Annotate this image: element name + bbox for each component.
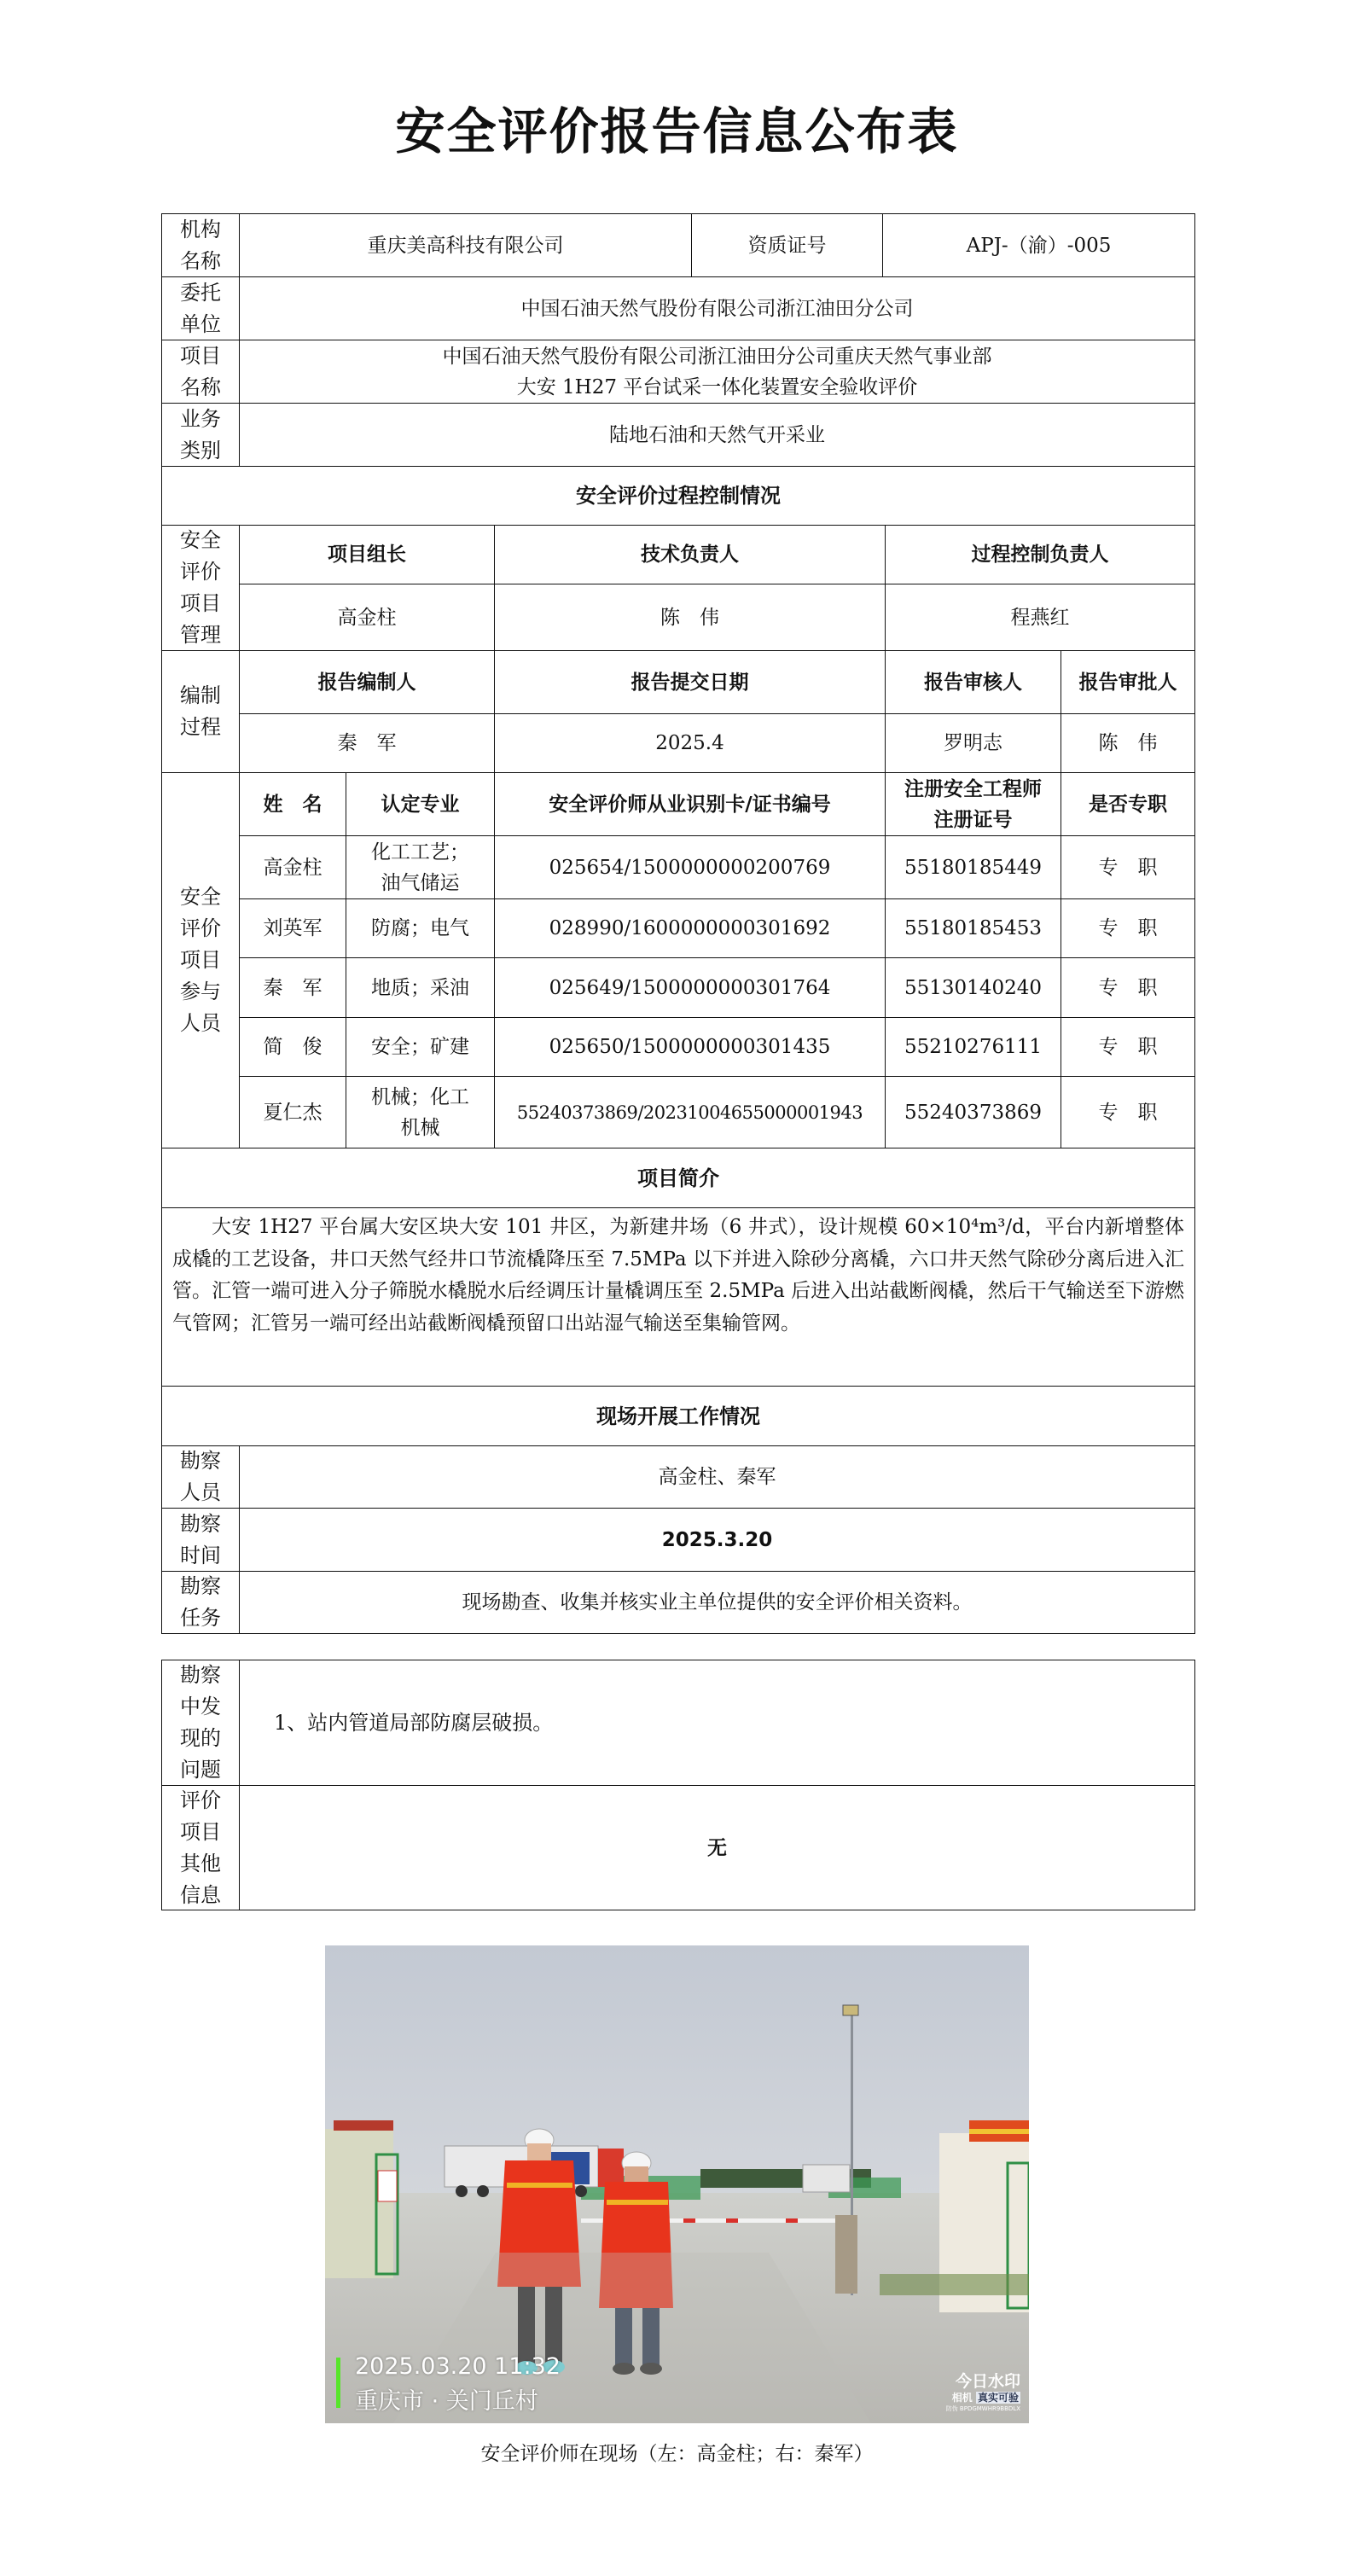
watermark-brand: 今日水印 相机 真实可验 防伪 BPDGMWHR9BBDLX — [946, 2372, 1020, 2413]
header-reg-no: 注册安全工程师注册证号 — [885, 772, 1061, 836]
table-row-specialty: 防腐；电气 — [346, 898, 495, 958]
project-intro-text: 大安 1H27 平台属大安区块大安 101 井区，为新建井场（6 井式），设计规… — [161, 1207, 1195, 1387]
org-name-label: 机构名称 — [161, 213, 240, 277]
value-process-lead: 程燕红 — [885, 584, 1195, 651]
photo-caption: 安全评价师在现场（左：高金柱；右：秦军） — [0, 2439, 1354, 2469]
other-info-value: 无 — [239, 1785, 1195, 1910]
table-row-cert: 025654/1500000000200769 — [494, 835, 886, 899]
table-row-name: 秦 军 — [239, 957, 346, 1018]
survey-task-value: 现场勘查、收集并核实业主单位提供的安全评价相关资料。 — [239, 1571, 1195, 1634]
table-row-name: 夏仁杰 — [239, 1076, 346, 1148]
header-reviewer: 报告审核人 — [885, 650, 1061, 714]
participants-label: 安全评价项目参与人员 — [161, 772, 240, 1148]
site-photo: 2025.03.20 11:32 重庆市 · 关门丘村 今日水印 相机 真实可验… — [325, 1945, 1029, 2423]
issues-label: 勘察中发现的问题 — [161, 1660, 240, 1786]
survey-time-value: 2025.3.20 — [239, 1508, 1195, 1572]
project-intro-heading: 项目简介 — [161, 1148, 1195, 1208]
table-row-cert: 028990/1600000000301692 — [494, 898, 886, 958]
value-tech-lead: 陈 伟 — [494, 584, 886, 651]
table-row-fulltime: 专 职 — [1061, 1076, 1195, 1148]
header-tech-lead: 技术负责人 — [494, 525, 886, 584]
watermark-accent-bar — [336, 2358, 340, 2408]
survey-task-label: 勘察任务 — [161, 1571, 240, 1634]
watermark-location: 重庆市 · 关门丘村 — [355, 2382, 538, 2416]
table-row-specialty: 安全；矿建 — [346, 1017, 495, 1077]
table-row-cert: 55240373869/20231004655000001943 — [494, 1076, 886, 1148]
project-name-line1: 中国石油天然气股份有限公司浙江油田分公司重庆天然气事业部 — [443, 341, 992, 372]
org-name-value: 重庆美高科技有限公司 — [239, 213, 692, 277]
watermark-camera-line: 相机 真实可验 — [946, 2391, 1020, 2404]
qualification-label: 资质证号 — [691, 213, 883, 277]
table-row-name: 刘英军 — [239, 898, 346, 958]
header-fulltime: 是否专职 — [1061, 772, 1195, 836]
watermark-code: 防伪 BPDGMWHR9BBDLX — [946, 2404, 1020, 2413]
table-row-name: 简 俊 — [239, 1017, 346, 1077]
client-label: 委托单位 — [161, 276, 240, 340]
verified-badge: 真实可验 — [976, 2392, 1020, 2404]
value-approver: 陈 伟 — [1061, 713, 1195, 773]
table-row-specialty: 机械；化工机械 — [346, 1076, 495, 1148]
value-compiler: 秦 军 — [239, 713, 495, 773]
qualification-value: APJ-（渝）-005 — [882, 213, 1195, 277]
value-submit-date: 2025.4 — [494, 713, 886, 773]
site-scene-illustration — [325, 1945, 1029, 2423]
watermark-brand-name: 今日水印 — [946, 2372, 1020, 2391]
table-row-specialty: 化工工艺；油气储运 — [346, 835, 495, 899]
project-name-line2: 大安 1H27 平台试采一体化装置安全验收评价 — [517, 372, 918, 403]
survey-personnel-value: 高金柱、秦军 — [239, 1445, 1195, 1509]
header-specialty: 认定专业 — [346, 772, 495, 836]
business-value: 陆地石油和天然气开采业 — [239, 403, 1195, 467]
table-row-fulltime: 专 职 — [1061, 835, 1195, 899]
survey-time-label: 勘察时间 — [161, 1508, 240, 1572]
table-row-reg: 55180185449 — [885, 835, 1061, 899]
table-row-reg: 55130140240 — [885, 957, 1061, 1018]
table-row-fulltime: 专 职 — [1061, 957, 1195, 1018]
table-row-specialty: 地质；采油 — [346, 957, 495, 1018]
issues-value: 1、站内管道局部防腐层破损。 — [239, 1660, 1195, 1786]
site-work-heading: 现场开展工作情况 — [161, 1386, 1195, 1446]
table-row-reg: 55210276111 — [885, 1017, 1061, 1077]
value-team-leader: 高金柱 — [239, 584, 495, 651]
table-row-cert: 025649/1500000000301764 — [494, 957, 886, 1018]
header-approver: 报告审批人 — [1061, 650, 1195, 714]
header-process-lead: 过程控制负责人 — [885, 525, 1195, 584]
process-control-heading: 安全评价过程控制情况 — [161, 466, 1195, 526]
table-row-name: 高金柱 — [239, 835, 346, 899]
project-name-label: 项目名称 — [161, 340, 240, 404]
other-info-label: 评价项目其他信息 — [161, 1785, 240, 1910]
page-title: 安全评价报告信息公布表 — [0, 101, 1354, 162]
value-reviewer: 罗明志 — [885, 713, 1061, 773]
compile-label: 编制过程 — [161, 650, 240, 773]
table-row-reg: 55180185453 — [885, 898, 1061, 958]
header-cert-no: 安全评价师从业识别卡/证书编号 — [494, 772, 886, 836]
survey-personnel-label: 勘察人员 — [161, 1445, 240, 1509]
table-row-reg: 55240373869 — [885, 1076, 1061, 1148]
business-label: 业务类别 — [161, 403, 240, 467]
watermark-datetime: 2025.03.20 11:32 — [355, 2353, 561, 2380]
management-label: 安全评价项目管理 — [161, 525, 240, 651]
header-team-leader: 项目组长 — [239, 525, 495, 584]
project-name-value: 中国石油天然气股份有限公司浙江油田分公司重庆天然气事业部 大安 1H27 平台试… — [239, 340, 1195, 404]
table-row-fulltime: 专 职 — [1061, 898, 1195, 958]
header-compiler: 报告编制人 — [239, 650, 495, 714]
table-row-fulltime: 专 职 — [1061, 1017, 1195, 1077]
client-value: 中国石油天然气股份有限公司浙江油田分公司 — [239, 276, 1195, 340]
header-name: 姓 名 — [239, 772, 346, 836]
table-row-cert: 025650/1500000000301435 — [494, 1017, 886, 1077]
header-submit-date: 报告提交日期 — [494, 650, 886, 714]
